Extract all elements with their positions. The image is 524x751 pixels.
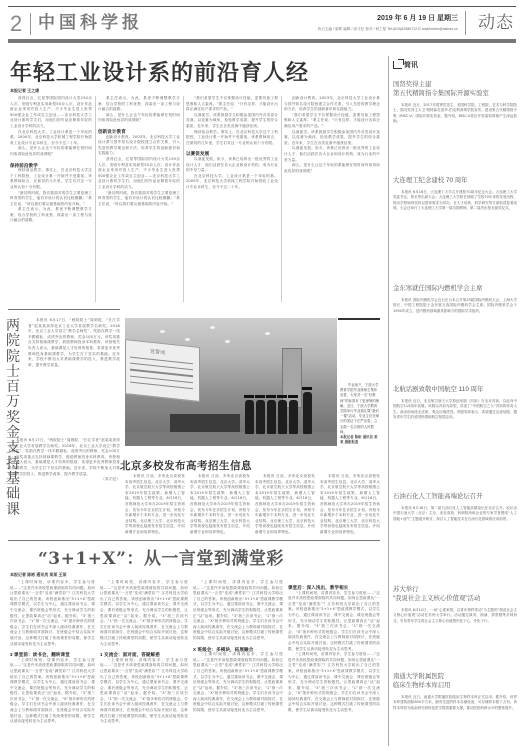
lead-column-1: 获得红点、红星等国际国内设计大奖150余人次，发明专利及实用新型50余人次，设计… [10,96,92,302]
gaokao-column-1: 本报讯 日前，多所北京高校发布高考招生信息。北京大学、清华大学、北京航空航天大学… [125,474,185,536]
paragraph: “最初的时候，我们要面对的学生主要是理工科背景的学生，他们对设计的认识比较模糊。… [10,191,92,208]
teacher-figure [303,392,312,434]
ceiling-light [210,326,215,329]
paragraph: 以赛促发展。如今，该系已培养出一批优秀的工业设计人才，他们活跃在各大企业和设计机… [284,146,380,163]
projection-screen: 宣誓词 [125,339,200,402]
graduation-cap [255,395,265,398]
bottom-column-4: 课堂后：深入浅出，教学相长 “上课时间短，讲课内容多，学生参与度低……”这是许多… [288,580,380,745]
graduate-figure [256,400,265,434]
newspaper-logo: 中国科学报 [38,12,143,34]
lead-column-3: “我们希望学生不仅掌握设计技能，更要具备工程思维和人文素养。”系主任说，“只有这… [186,96,278,302]
graduation-cap [266,395,276,398]
paragraph: “上课时间短，讲课内容多，学生参与度低……”这是许多高校思政课面临的共同问题。如… [10,658,95,725]
paragraph: 保持前沿教学。事实上，在北京科技大学这个工科院校，工业设计系一开始并不受重视。该… [10,168,92,190]
brief-title: 南通大学附属医院 [393,672,517,681]
paragraph: 那么，是什么让这个年轻的系能够在短时间内取得如此优异的成绩呢？ [98,113,180,124]
lead-column-4: 创新设计教育。2003年，北京科技大学工业设计系与国外知名设计院校建立合作关系，… [284,96,380,302]
brief-item: 金东寒就任国际内燃机学会主席 本报讯 国际内燃机学会近日在日本召开第29届国际内… [393,284,517,376]
brief-title: 石油石化人工智能高端论坛召开 [393,492,517,501]
paragraph: “上课时间短，讲课内容多，学生参与度低……”这是许多高校思政课面临的共同问题。如… [100,658,188,725]
paragraph: 本报讯 日前，多所北京高校发布高考招生信息。北京大学、清华大学、北京航空航天大学… [190,474,250,536]
divider [8,309,120,310]
bottom-column-2: “上课时间短，讲课内容多，学生参与度低……”这是许多高校思政课面临的共同问题。如… [100,580,188,745]
door [282,348,302,408]
photo-caption: 毕业前夕，宁波大学教育学院毕业班师生集体宣誓，大家对一名“好教师”的标准有了更深… [340,383,380,445]
briefs-label: 简讯 [393,60,418,70]
paragraph: 那么，是什么让这个年轻的系能够在短时间内取得如此优异的成绩呢？ [10,146,92,157]
brief-body: 本报讯 6月16日，第二届石油石化人工智能高端论坛在北京召开。论坛由中国石油大学… [393,506,517,574]
brief-title: 第五代精简指令集国际开源实验室 [393,89,517,98]
paragraph: 本报讯 日前，多所北京高校发布高考招生信息。北京大学、清华大学、北京航空航天大学… [320,474,380,536]
brief-item: 石油石化人工智能高端论坛召开 本报讯 6月16日，第二届石油石化人工智能高端论坛… [393,492,517,574]
brief-body: 本报讯 6月16日，大连理工大学召开建校70周年纪念大会。大连理工大学党委书记、… [393,190,517,272]
paragraph: 系主任表示，为此，系里不断调整教学方案，结合学校的工科优势，探索出一条工程与设计… [98,96,180,113]
brief-item: 北航话剧致敬中国航空 110 周年 本报讯 近日，北京航空航天大学原创话剧《冯如… [393,385,517,481]
column-divider [281,96,282,302]
paragraph: “上课时间短，讲课内容多，学生参与度低……”这是许多高校思政课面临的共同问题。如… [10,580,95,647]
vertical-article-body-top: 本报讯 6月17日，“两院院士”周炳琨、“长江学者”赵某某获得北京工业大学首届教… [28,318,120,434]
graduate-figure [289,400,298,434]
paragraph: “上课时间短，讲课内容多，学生参与度低……”这是许多高校思政课面临的共同问题。如… [288,591,380,653]
graduation-cap [244,395,254,398]
paragraph: 本报讯 6月17日，“两院院士”周炳琨、“长江学者”赵某某获得北京工业大学首届教… [28,318,120,368]
brief-title: 国贤奖得主建 [393,80,517,89]
paragraph: “上课时间短，讲课内容多，学生参与度低……”这是许多高校思政课面临的共同问题。如… [288,652,380,714]
paragraph: “上课时间短，讲课内容多，学生参与度低……”这是许多高校思政课面临的共同问题。如… [193,652,283,714]
masthead-bar [8,39,516,43]
paragraph: 以赛促发展。如今，该系已培养出一批优秀的工业设计人才，他们活跃在各大企业和设计机… [186,157,278,174]
gaokao-column-4: 本报讯 日前，多所北京高校发布高考招生信息。北京大学、清华大学、北京航空航天大学… [320,474,380,536]
lead-headline: 年轻工业设计系的前沿育人经 [10,60,309,86]
ceiling-light [160,330,165,333]
paragraph: “上课时间短，讲课内容多，学生参与度低……”这是许多高校思政课面临的共同问题。如… [100,580,188,647]
paragraph: 获得红点、红星等国际国内设计大奖150余人次，发明专利及实用新型50余人次，设计… [98,157,180,191]
editor-credits: 执行主编 / 陈彬 编辑 / 高才纪 校对 / 何工厚 Tel:(010)625… [318,27,458,32]
bottom-headline: “3+1+X”：从一言堂到满堂彩 [38,544,284,569]
section-title: 动态 [478,10,514,36]
paragraph: 本报讯 国际内燃机学会近日在日本召开第29届国际内燃机大会，上海大学校长、中国工… [393,298,517,314]
paragraph: 保持前沿教学。事实上，在北京科技大学这个工科院校，工业设计系一开始并不受重视。该… [186,130,278,147]
paragraph: “我们希望学生不仅掌握设计技能，更要具备工程思维和人文素养。”系主任说，“只有这… [284,113,380,130]
page-number: 2 [10,11,22,37]
paragraph: 本报讯 6月16日，大连理工大学召开建校70周年纪念大会。大连理工大学党委书记、… [393,190,517,212]
paragraph: 本报讯 近日，南通大学附属医院临床生物样本库正式启用。据介绍，该样本库建筑面积8… [393,695,517,711]
graduate-figure [245,400,254,434]
brief-title: 临床生物样本库启用 [393,681,517,690]
photo-credit: 本报记者 陈彬 通讯员 某某 摄影报道 [340,435,380,445]
brief-title: 大连理工纪念建校 70 周年 [393,176,517,185]
paragraph: 在北京科技大学，工业设计系是一个年轻的系。2000年，北京科技大学机械工程学院开… [10,130,92,147]
column-divider [95,96,96,302]
floor [125,432,337,446]
paragraph: 本报讯 6月17日，“两院院士”周炳琨、“长江学者”赵某某获得北京工业大学首届教… [8,438,120,477]
paragraph: “我们希望学生不仅掌握设计技能，更要具备工程思维和人文素养。”系主任说，“只有这… [186,96,278,113]
paragraph: 那么，是什么让这个年轻的系能够在短时间内取得如此优异的成绩呢？ [284,163,380,174]
graduation-cap [302,387,312,390]
paragraph: 创新设计教育。2003年，北京科技大学工业设计系与国外知名设计院校建立合作关系，… [98,135,180,157]
paragraph: 以赛促学。该系鼓励学生积极参加国内外各类设计竞赛，以竞赛为载体，检验教学成果，提… [284,130,380,147]
vertical-article-body-bottom: 本报讯 6月17日，“两院院士”周炳琨、“长江学者”赵某某获得北京工业大学首届教… [8,438,120,538]
brief-title: 北航话剧致敬中国航空 110 周年 [393,385,517,394]
brief-body: 本报讯 近日，2017年国贤奖得主、美国科学院、工程院、艺术与科学院院士，图灵奖… [393,103,517,163]
paragraph: 本报讯 6月12日，一场“心系家国，以青年榜样带动”为主题的“我说社会主义核心价… [393,608,517,624]
divider [8,540,380,541]
paragraph: 本报讯 6月16日，第二届石油石化人工智能高端论坛在北京召开。论坛由中国石油大学… [393,506,517,522]
paragraph: 创新设计教育。2003年，北京科技大学工业设计系与国外知名设计院校建立合作关系，… [284,96,380,113]
paragraph: 本报讯 日前，多所北京高校发布高考招生信息。北京大学、清华大学、北京航空航天大学… [255,474,315,536]
paragraph: 获得红点、红星等国际国内设计大奖150余人次，发明专利及实用新型50余人次，设计… [10,96,92,130]
column-divider [183,96,184,302]
news-briefs-sidebar: 简讯 国贤奖得主建 第五代精简指令集国际开源实验室 本报讯 近日，2017年国贤… [393,60,517,750]
paragraph: 本报讯 近日，北京航空航天大学原创话剧《冯如》在北京首演，以此向中国航空110周… [393,399,517,421]
paragraph: “最初的时候，我们要面对的学生主要是理工科背景的学生，他们对设计的认识比较模糊。… [98,191,180,208]
divider [465,11,466,35]
brief-body: 本报讯 近日，南通大学附属医院临床生物样本库正式启用。据介绍，该样本库建筑面积8… [393,695,517,751]
brief-body: 本报讯 6月12日，一场“心系家国，以青年榜样带动”为主题的“我说社会主义核心价… [393,608,517,666]
issue-date: 2019 年 6 月 19 日 星期三 [377,13,458,23]
paragraph: 在北京科技大学，工业设计系是一个年轻的系。2000年，北京科技大学机械工程学院开… [186,174,278,191]
ceiling-light [185,338,190,341]
gaokao-column-2: 本报讯 日前，多所北京高校发布高考招生信息。北京大学、清华大学、北京航空航天大学… [190,474,250,536]
graduate-figure [267,400,276,434]
graduation-cap [277,395,287,398]
brief-item: 国贤奖得主建 第五代精简指令集国际开源实验室 本报讯 近日，2017年国贤奖得主… [393,80,517,163]
paragraph: 本报讯 近日，2017年国贤奖得主、美国科学院、工程院、艺术与科学院院士，图灵奖… [393,103,517,125]
graduation-cap [288,395,298,398]
brief-item: 苏大举行 “我说社会主义核心价值观”活动 本报讯 6月12日，一场“心系家国，以… [393,585,517,666]
bottom-byline: 本报记者 陈彬 通讯员 某某 王某 [10,572,66,578]
caption-text: 毕业前夕，宁波大学教育学院毕业班师生集体宣誓，大家对一名“好教师”的标准有了更深… [340,383,380,435]
ceiling-light [225,340,230,343]
brief-title: 金东寒就任国际内燃机学会主席 [393,284,517,293]
paragraph: 系主任表示，为此，系里不断调整教学方案，结合学校的工科优势，探索出一条工程与设计… [10,207,92,224]
paragraph: “上课时间短，讲课内容多，学生参与度低……”这是许多高校思政课面临的共同问题。如… [193,580,283,642]
masthead: 2 中国科学报 2019 年 6 月 19 日 星期三 执行主编 / 陈彬 编辑… [8,6,516,42]
ceiling-light [265,332,270,335]
bottom-column-1: “上课时间短，讲课内容多，学生参与度低……”这是许多高校思政课面临的共同问题。如… [10,580,95,745]
external-link-icon [393,61,402,69]
divider [30,13,31,35]
brief-item: 南通大学附属医院 临床生物样本库启用 本报讯 近日，南通大学附属医院临床生物样本… [393,672,517,751]
brief-title: 苏大举行 [393,585,517,594]
brief-body: 本报讯 近日，北京航空航天大学原创话剧《冯如》在北京首演，以此向中国航空110周… [393,399,517,481]
gaokao-column-3: 本报讯 日前，多所北京高校发布高考招生信息。北京大学、清华大学、北京航空航天大学… [255,474,315,536]
briefs-label-text: 简讯 [404,60,418,70]
paragraph: 本报讯 日前，多所北京高校发布高考招生信息。北京大学、清华大学、北京航空航天大学… [125,474,185,536]
sidebar-divider [388,56,389,746]
screen-text [130,357,196,395]
graduate-figure [278,400,287,434]
bottom-column-3: “上课时间短，讲课内容多，学生参与度低……”这是许多高校思政课面临的共同问题。如… [193,580,283,745]
gaokao-headline: 北京多校发布高考招生信息 [120,458,252,473]
brief-item: 大连理工纪念建校 70 周年 本报讯 6月16日，大连理工大学召开建校70周年纪… [393,176,517,272]
brief-title: “我说社会主义核心价值观”活动 [393,594,517,603]
news-photo-graduation-oath: 宣誓词 [125,318,337,446]
lead-byline: 本报记者 王之康 [10,88,39,94]
signature: （高才纪） [8,477,120,483]
screen-title: 宣誓词 [150,348,165,357]
brief-body: 本报讯 国际内燃机学会近日在日本召开第29届国际内燃机大会，上海大学校长、中国工… [393,298,517,376]
lead-column-2: 系主任表示，为此，系里不断调整教学方案，结合学校的工科优势，探索出一条工程与设计… [98,96,180,302]
paragraph: 以赛促学。该系鼓励学生积极参加国内外各类设计竞赛，以竞赛为载体，检验教学成果，提… [186,113,278,130]
